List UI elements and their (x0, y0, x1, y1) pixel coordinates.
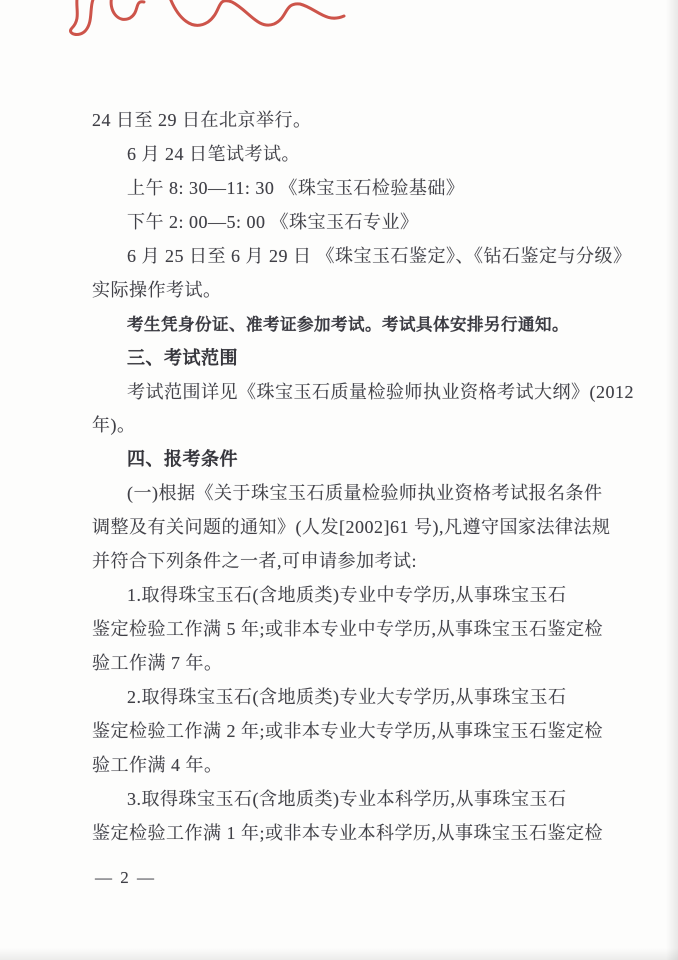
text-line: 6 月 24 日笔试考试。 (92, 138, 652, 172)
text-line: 年)。 (92, 409, 652, 443)
scan-edge-right (666, 0, 678, 960)
text-line: 考试范围详见《珠宝玉石质量检验师执业资格考试大纲》(2012 (92, 376, 652, 410)
text-line: 1.取得珠宝玉石(含地质类)专业中专学历,从事珠宝玉石 (92, 579, 652, 613)
text-line: 24 日至 29 日在北京举行。 (92, 104, 652, 138)
text-line-note: 考生凭身份证、准考证参加考试。考试具体安排另行通知。 (92, 308, 652, 342)
text-line: 6 月 25 日至 6 月 29 日 《珠宝玉石鉴定》、《钻石鉴定与分级》 (92, 240, 652, 274)
text-line: 并符合下列条件之一者,可申请参加考试: (92, 545, 652, 579)
text-line: 验工作满 7 年。 (92, 647, 652, 681)
text-line: 上午 8: 30—11: 30 《珠宝玉石检验基础》 (92, 172, 652, 206)
page-number: — 2 — (95, 868, 156, 888)
scan-edge-bottom (0, 948, 678, 960)
scanned-document-page: 24 日至 29 日在北京举行。 6 月 24 日笔试考试。 上午 8: 30—… (0, 0, 678, 960)
text-line: 调整及有关问题的通知》(人发[2002]61 号),凡遵守国家法律法规 (92, 511, 652, 545)
text-line: (一)根据《关于珠宝玉石质量检验师执业资格考试报名条件 (92, 477, 652, 511)
text-line: 鉴定检验工作满 5 年;或非本专业中专学历,从事珠宝玉石鉴定检 (92, 613, 652, 647)
text-line: 鉴定检验工作满 2 年;或非本专业大专学历,从事珠宝玉石鉴定检 (92, 715, 652, 749)
section-heading-application-requirements: 四、报考条件 (92, 443, 652, 477)
text-line: 实际操作考试。 (92, 274, 652, 308)
text-line: 下午 2: 00—5: 00 《珠宝玉石专业》 (92, 206, 652, 240)
text-line: 鉴定检验工作满 1 年;或非本专业本科学历,从事珠宝玉石鉴定检 (92, 817, 652, 851)
text-line: 验工作满 4 年。 (92, 749, 652, 783)
document-body: 24 日至 29 日在北京举行。 6 月 24 日笔试考试。 上午 8: 30—… (92, 104, 652, 851)
section-heading-exam-scope: 三、考试范围 (92, 342, 652, 376)
text-line: 2.取得珠宝玉石(含地质类)专业大专学历,从事珠宝玉石 (92, 681, 652, 715)
text-line: 3.取得珠宝玉石(含地质类)专业本科学历,从事珠宝玉石 (92, 783, 652, 817)
red-pen-scribble-icon (58, 0, 358, 48)
